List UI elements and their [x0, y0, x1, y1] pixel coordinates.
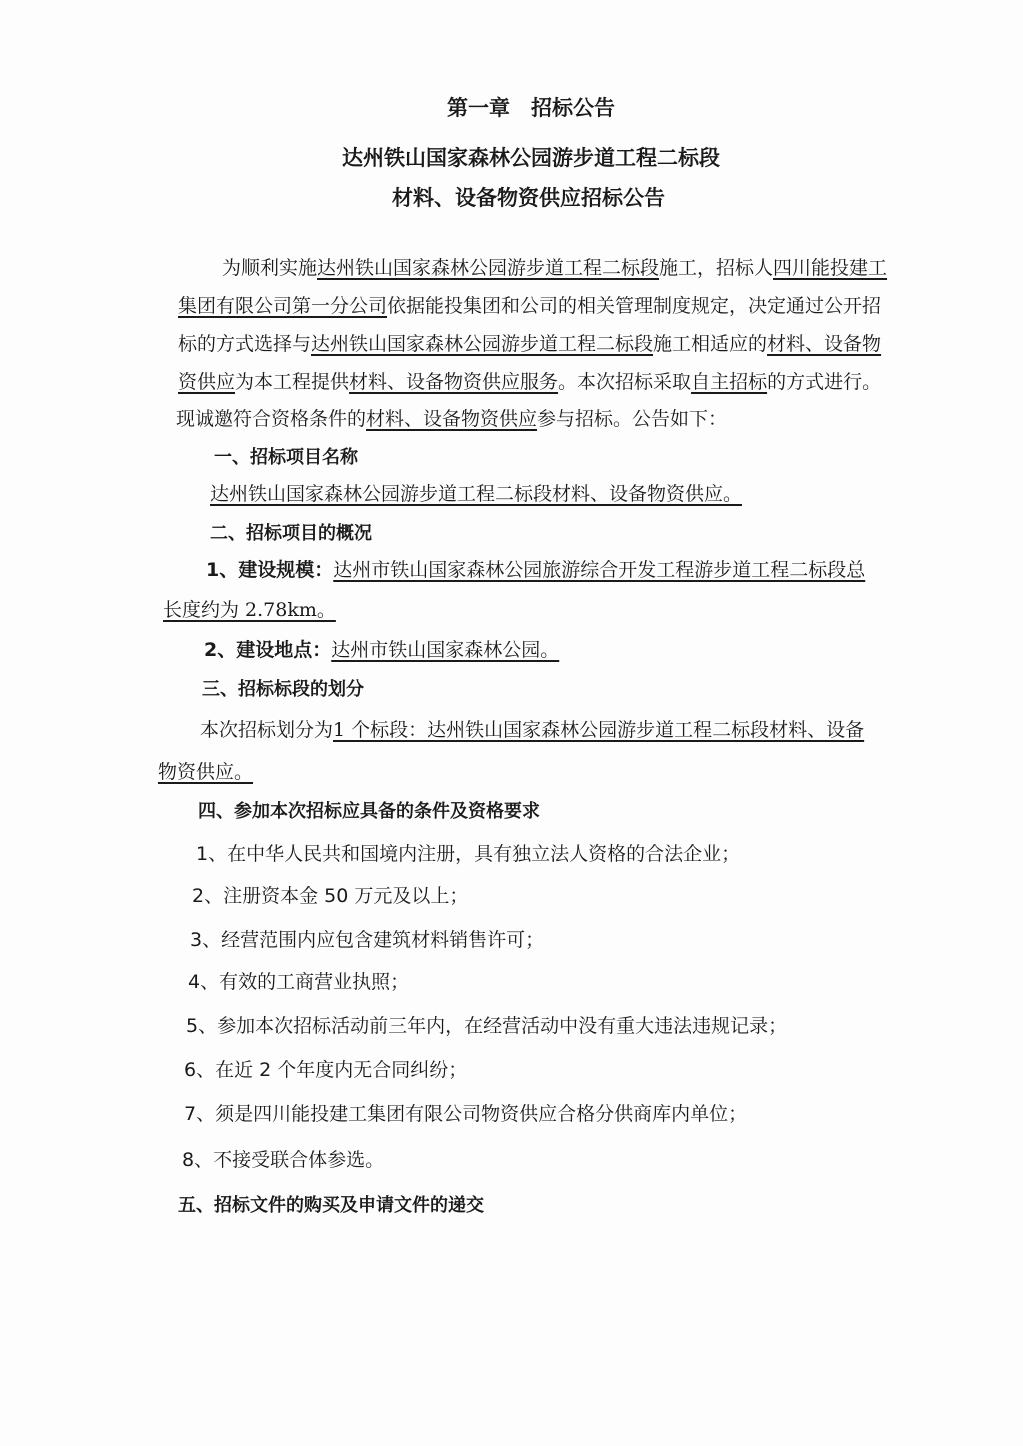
lot-division-underlined: 1 个标段：达州铁山国家森林公园游步道工程二标段材料、设备: [333, 719, 864, 741]
intro-line-2: 集团有限公司第一分公司依据能投集团和公司的相关管理制度规定，决定通过公开招: [178, 294, 881, 318]
tender-method-underlined: 自主招标: [691, 371, 767, 393]
requirement-item: 7、须是四川能投建工集团有限公司物资供应合格分供商库内单位；: [184, 1102, 747, 1126]
construction-site-value: 达州市铁山国家森林公园。: [331, 639, 559, 661]
intro-line-3: 标的方式选择与达州铁山国家森林公园游步道工程二标段施工相适应的材料、设备物: [178, 332, 881, 356]
scanned-page: 第一章 招标公告 达州铁山国家森林公园游步道工程二标段 材料、设备物资供应招标公…: [0, 0, 1023, 1446]
requirement-item: 2、注册资本金 50 万元及以上；: [192, 884, 468, 908]
intro-line-4: 资供应为本工程提供材料、设备物资供应服务。本次招标采取自主招标的方式进行。: [178, 370, 881, 394]
chapter-title: 第一章 招标公告: [447, 96, 615, 120]
section-2-heading: 二、招标项目的概况: [210, 522, 372, 546]
construction-scale-value: 达州市铁山国家森林公园旅游综合开发工程游步道工程二标段总: [333, 559, 865, 581]
requirement-item: 1、在中华人民共和国境内注册，具有独立法人资格的合法企业；: [196, 842, 740, 866]
tenderer-branch-underlined: 集团有限公司第一分公司: [178, 295, 387, 317]
intro-line-5: 现诚邀符合资格条件的材料、设备物资供应参与招标。公告如下：: [176, 407, 727, 431]
requirement-item: 6、在近 2 个年度内无合同纠纷；: [184, 1058, 467, 1082]
notice-title-line-1: 达州铁山国家森林公园游步道工程二标段: [342, 146, 720, 170]
requirement-item: 3、经营范围内应包含建筑材料销售许可；: [190, 928, 544, 952]
section-3-heading: 三、招标标段的划分: [202, 678, 364, 702]
section-3-body: 本次招标划分为1 个标段：达州铁山国家森林公园游步道工程二标段材料、设备: [200, 718, 864, 742]
section-2-item-1: 1、建设规模：达州市铁山国家森林公园旅游综合开发工程游步道工程二标段总: [206, 558, 865, 582]
section-1-heading: 一、招标项目名称: [214, 446, 358, 470]
section-3-body-cont: 物资供应。: [158, 760, 253, 784]
project-name-underlined: 达州铁山国家森林公园游步道工程二标段: [317, 257, 659, 279]
section-2-item-2: 2、建设地点：达州市铁山国家森林公园。: [204, 638, 559, 662]
requirement-item: 5、参加本次招标活动前三年内，在经营活动中没有重大违法违规记录；: [186, 1014, 787, 1038]
section-4-heading: 四、参加本次招标应具备的条件及资格要求: [198, 800, 540, 824]
tenderer-name-underlined: 四川能投建工: [773, 257, 887, 279]
section-5-heading: 五、招标文件的购买及申请文件的递交: [178, 1194, 484, 1218]
intro-line-1: 为顺利实施达州铁山国家森林公园游步道工程二标段施工，招标人四川能投建工: [222, 256, 887, 280]
requirement-item: 8、不接受联合体参选。: [182, 1148, 384, 1172]
requirement-item: 4、有效的工商营业执照；: [188, 970, 409, 994]
construction-scale-value-cont: 长度约为 2.78km。: [163, 598, 336, 622]
notice-title-line-2: 材料、设备物资供应招标公告: [392, 186, 665, 210]
section-1-project-name: 达州铁山国家森林公园游步道工程二标段材料、设备物资供应。: [210, 482, 742, 506]
